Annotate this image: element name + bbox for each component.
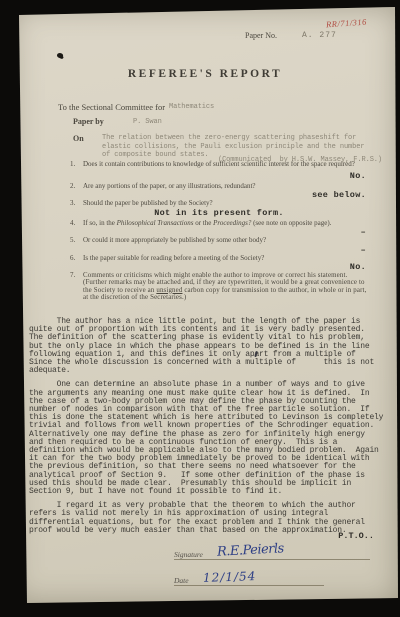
question-4-number: 4. [70, 220, 83, 228]
date-row: Date 12/1/54 [174, 567, 324, 586]
answer-6: No. [70, 262, 368, 272]
question-7: 7. Comments or criticisms which might en… [70, 272, 368, 301]
report-title: REFEREE'S REPORT [12, 68, 398, 80]
referee-remarks: The author has a nice little point, but … [29, 318, 396, 541]
question-7-text: Comments or criticisms which might enabl… [83, 272, 368, 301]
paper-by-label: Paper by [73, 117, 104, 126]
remarks-paragraph-2: One can determine an absolute phase in a… [29, 381, 396, 496]
question-3: 3. Should the paper be published by the … [70, 200, 368, 208]
question-5-number: 5. [70, 237, 83, 245]
paper-no-value: A. 277 [302, 31, 337, 40]
subject-label: On [73, 134, 84, 143]
question-4: 4. If so, in the Philosophical Transacti… [70, 220, 368, 228]
question-3-number: 3. [70, 200, 83, 208]
question-6: 6. Is the paper suitable for reading bef… [70, 255, 368, 263]
question-7-number: 7. [70, 272, 83, 301]
paper-author: P. Swan [133, 118, 162, 127]
question-6-number: 6. [70, 255, 83, 263]
date-label: Date [174, 576, 189, 585]
question-2: 2. Are any portions of the paper, or any… [70, 183, 368, 191]
question-5: 5. Or could it more appropriately be pub… [70, 237, 368, 245]
question-1: 1. Does it contain contributions to know… [70, 161, 368, 169]
signature-label: Signature [174, 550, 203, 559]
answer-3: Not in its present form. [70, 208, 368, 218]
signature-handwritten: R.E.Peierls [217, 541, 284, 559]
answer-1: No. [70, 171, 368, 181]
question-4-text: If so, in the Philosophical Transactions… [83, 220, 368, 228]
answer-5: – [70, 245, 368, 255]
paper-no-label: Paper No. [245, 31, 277, 40]
committee-value: Mathematics [169, 103, 214, 112]
signature-row: Signature R.E.Peierls [174, 541, 370, 560]
remarks-paragraph-1: The author has a nice little point, but … [29, 318, 396, 375]
questions-section: 1. Does it contain contributions to know… [70, 161, 368, 301]
photograph-background: RR/71/316 Paper No. A. 277 REFEREE'S REP… [0, 0, 400, 617]
date-handwritten: 12/1/54 [202, 569, 256, 585]
question-5-text: Or could it more appropriately be publis… [83, 237, 368, 245]
question-2-number: 2. [70, 183, 83, 191]
question-3-text: Should the paper be published by the Soc… [83, 200, 368, 208]
question-1-text: Does it contain contributions to knowled… [83, 161, 368, 169]
referee-report-page: RR/71/316 Paper No. A. 277 REFEREE'S REP… [12, 7, 398, 603]
question-6-text: Is the paper suitable for reading before… [83, 255, 368, 263]
archive-reference-handwritten: RR/71/316 [326, 17, 367, 30]
question-2-text: Are any portions of the paper, or any il… [83, 183, 368, 191]
committee-label: To the Sectional Committee for [58, 102, 165, 112]
question-1-number: 1. [70, 161, 83, 169]
ink-blot [56, 52, 64, 59]
pto-note: P.T.O.. [338, 531, 374, 541]
